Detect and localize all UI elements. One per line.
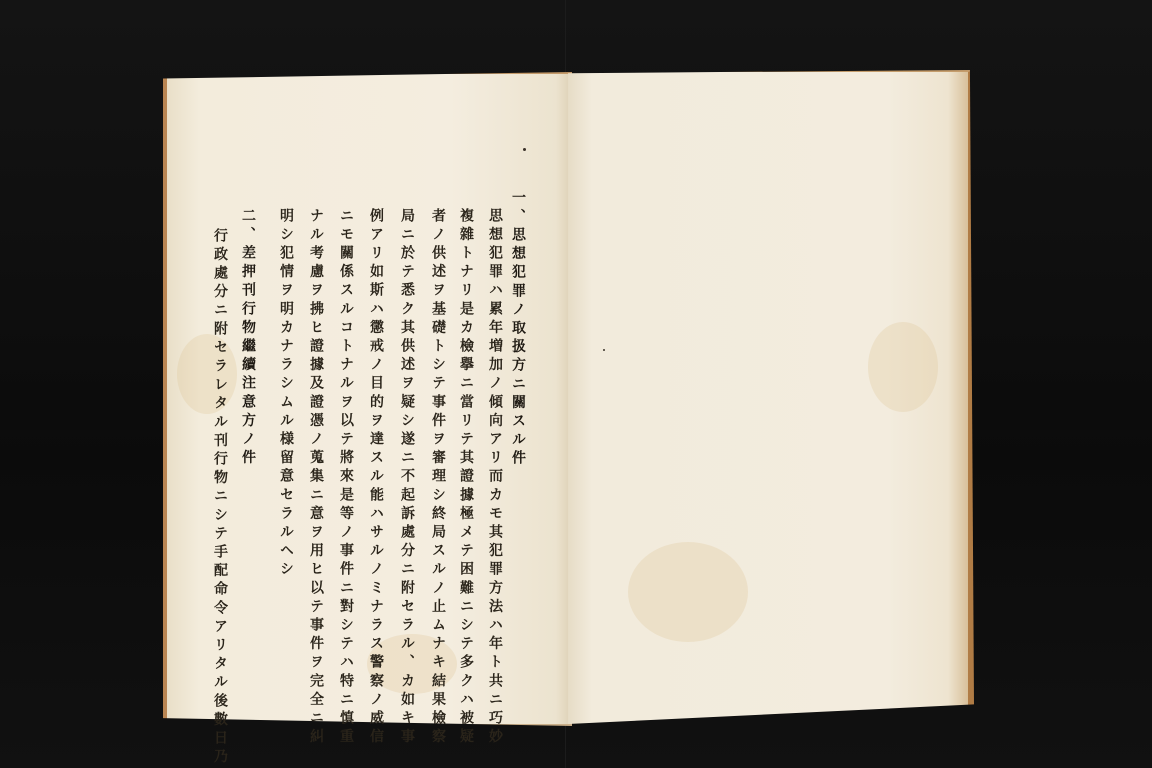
text-column: 思想犯罪ハ累年増加ノ傾向アリ而カモ其犯罪方法ハ年ト共ニ巧妙: [487, 208, 503, 747]
show-through-text: [848, 232, 868, 552]
text-column: 複雜トナリ是カ檢擧ニ當リテ其證據極メテ困難ニシテ多クハ被疑: [458, 208, 474, 747]
heading-2: 二、差押刊行物繼續注意方ノ件: [240, 208, 256, 468]
text-column: 局ニ於テ悉ク其供述ヲ疑シ遂ニ不起訴處分ニ附セラル、カ如キ事: [399, 208, 415, 747]
right-page: [568, 70, 974, 724]
text-column: ニモ關係スルコトナルヲ以テ將來是等ノ事件ニ對シテハ特ニ慎重: [338, 208, 354, 747]
open-book: 一、思想犯罪ノ取扱方ニ關スル件 思想犯罪ハ累年増加ノ傾向アリ而カモ其犯罪方法ハ年…: [0, 0, 1152, 768]
left-page-text: 一、思想犯罪ノ取扱方ニ關スル件 思想犯罪ハ累年増加ノ傾向アリ而カモ其犯罪方法ハ年…: [190, 190, 535, 690]
text-column: ナル考慮ヲ拂ヒ證據及證憑ノ蒐集ニ意ヲ用ヒ以テ事件ヲ完全ニ糾: [308, 208, 324, 747]
text-column: 者ノ供述ヲ基礎トシテ事件ヲ審理シ終局スルノ止ムナキ結果檢察: [430, 208, 446, 747]
text-column: 明シ犯情ヲ明カナラシムル様留意セラルヘシ: [278, 208, 294, 580]
ink-fleck: [523, 148, 526, 151]
heading-1: 一、思想犯罪ノ取扱方ニ關スル件: [510, 190, 526, 469]
text-column: 行政處分ニ附セラレタル刊行物ニシテ手配命令アリタル後數日乃: [212, 228, 228, 767]
text-column: 例アリ如斯ハ懲戒ノ目的ヲ達スル能ハサルノミナラス警察ノ威信: [368, 208, 384, 747]
paper-stain: [628, 542, 748, 642]
ink-fleck: [603, 349, 605, 351]
paper-stain: [868, 322, 938, 412]
